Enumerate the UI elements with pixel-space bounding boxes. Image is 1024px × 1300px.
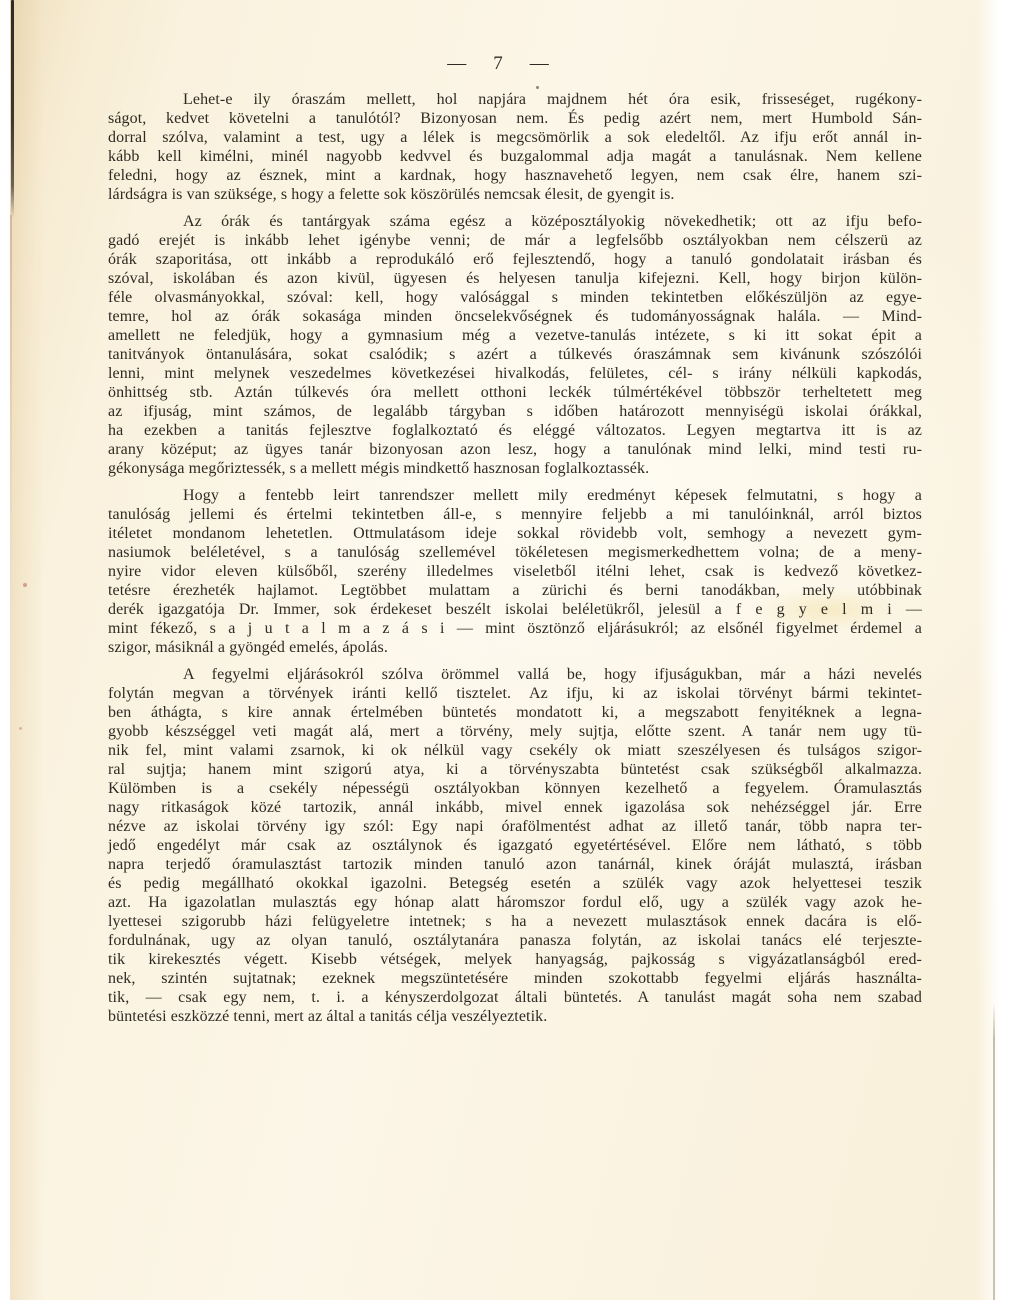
- text-line: nagy ritkaságok közé tartozik, annál ink…: [108, 798, 922, 817]
- text-line: feledni, hogy az észnek, mint a kardnak,…: [108, 166, 922, 185]
- binding-edge-line: [11, 0, 14, 218]
- text-line: A fegyelmi eljárásokról szólva örömmel v…: [108, 665, 922, 684]
- text-line: fordulnának, ugy az olyan tanuló, osztál…: [108, 931, 922, 950]
- text-line: nek, szintén sujtatnak; ezeknek megszünt…: [108, 969, 922, 988]
- text-line: tetésre érezheték hajlamot. Legtöbbet mu…: [108, 581, 922, 600]
- text-line: tik kirekesztés végett. Kisebb vétségek,…: [108, 950, 922, 969]
- text-line: arany középut; az ügyes tanár bizonyosan…: [108, 440, 922, 459]
- text-line: szóval, iskolában és azon kivül, ügyesen…: [108, 269, 922, 288]
- text-line: tanulóság jellemi és értelmi tekintetben…: [108, 505, 922, 524]
- text-line: Külömben is a csekély népességü osztályo…: [108, 779, 922, 798]
- paragraph: Az órák és tantárgyak száma egész a közé…: [108, 212, 922, 478]
- text-line: ha ezekben a tanitás fejlesztve foglalko…: [108, 421, 922, 440]
- page-edge-line: [993, 1003, 995, 1300]
- text-line: ságot, kedvet követelni a tanulótól? Biz…: [108, 109, 922, 128]
- text-line: gékonysága megőriztessék, s a mellett mé…: [108, 459, 922, 478]
- text-line: lárdságra is van szüksége, s hogy a fele…: [108, 185, 922, 204]
- paragraph: Hogy a fentebb leirt tanrendszer mellett…: [108, 486, 922, 657]
- text-line: Az órák és tantárgyak száma egész a közé…: [108, 212, 922, 231]
- page-body: Lehet-e ily óraszám mellett, hol napjára…: [108, 90, 922, 1034]
- scanned-book-page: — 7 — Lehet-e ily óraszám mellett, hol n…: [0, 0, 1024, 1300]
- text-line: itéletet mondanom lehetetlen. Ottmulatás…: [108, 524, 922, 543]
- text-line: órák szaporitása, ott inkább a reproduká…: [108, 250, 922, 269]
- text-line: lyettesei szigorubb házi felügyeletre in…: [108, 912, 922, 931]
- text-line: nézve az iskolai törvény igy szól: Egy n…: [108, 817, 922, 836]
- text-line: féle olvasmányokkal, szóval: kell, hogy …: [108, 288, 922, 307]
- page-number: 7: [493, 52, 503, 76]
- text-line: az ifjuság, mint számos, de legalább tár…: [108, 402, 922, 421]
- text-line: nyire vidor eleven külsőből, szerény ill…: [108, 562, 922, 581]
- text-line: dorral szólva, valamint a test, ugy a lé…: [108, 128, 922, 147]
- text-line: szigor, másiknál a gyöngéd emelés, ápolá…: [108, 638, 922, 657]
- paragraph: A fegyelmi eljárásokról szólva örömmel v…: [108, 665, 922, 1026]
- text-line: azt. Ha igazolatlan mulasztás egy hónap …: [108, 893, 922, 912]
- text-line: büntetési eszközzé tenni, mert az által …: [108, 1007, 922, 1026]
- text-line: amellett ne feledjük, hogy a gymnasium m…: [108, 326, 922, 345]
- text-line: mint fékező, s a j u t a l m a z á s i —…: [108, 619, 922, 638]
- text-line: Hogy a fentebb leirt tanrendszer mellett…: [108, 486, 922, 505]
- text-line: temre, hol az órák sokasága minden öncse…: [108, 307, 922, 326]
- text-line: derék igazgatója Dr. Immer, sok érdekese…: [108, 600, 922, 619]
- text-line: és pedig megállható okokkal igazolni. Be…: [108, 874, 922, 893]
- page-number-dash-right: —: [530, 52, 549, 76]
- text-line: nik fel, mint valami zsarnok, ki ok nélk…: [108, 741, 922, 760]
- text-line: ben áthágta, s kire annak értelmében bün…: [108, 703, 922, 722]
- text-line: napra terjedő óramulasztást tartozik min…: [108, 855, 922, 874]
- paragraph: Lehet-e ily óraszám mellett, hol napjára…: [108, 90, 922, 204]
- text-line: tik, — csak egy nem, t. i. a kényszerdol…: [108, 988, 922, 1007]
- page-number-header: — 7 —: [108, 52, 920, 76]
- text-line: nasiumok beléletével, s a tanulóság szel…: [108, 543, 922, 562]
- text-line: tanitványok öntanulására, sokat csalódik…: [108, 345, 922, 364]
- text-line: kább kell kimélni, minél nagyobb kedvvel…: [108, 147, 922, 166]
- text-line: lenni, mint melynek veszedelmes következ…: [108, 364, 922, 383]
- text-line: jedő engedélyt már csak az osztálynok és…: [108, 836, 922, 855]
- text-line: Lehet-e ily óraszám mellett, hol napjára…: [108, 90, 922, 109]
- text-line: önhittség stb. Aztán túlkevés óra mellet…: [108, 383, 922, 402]
- paper-sheet: — 7 — Lehet-e ily óraszám mellett, hol n…: [10, 0, 1002, 1300]
- page-number-dash-left: —: [447, 52, 466, 76]
- text-line: gyobb készséggel veti magát alá, mert a …: [108, 722, 922, 741]
- text-line: ral sujtja; hanem mint szigorú atya, ki …: [108, 760, 922, 779]
- text-line: folytán megvan a törvények iránti kellő …: [108, 684, 922, 703]
- binding-edge-smudge: [10, 215, 12, 635]
- text-line: gadó erejét is inkább lehet igénybe venn…: [108, 231, 922, 250]
